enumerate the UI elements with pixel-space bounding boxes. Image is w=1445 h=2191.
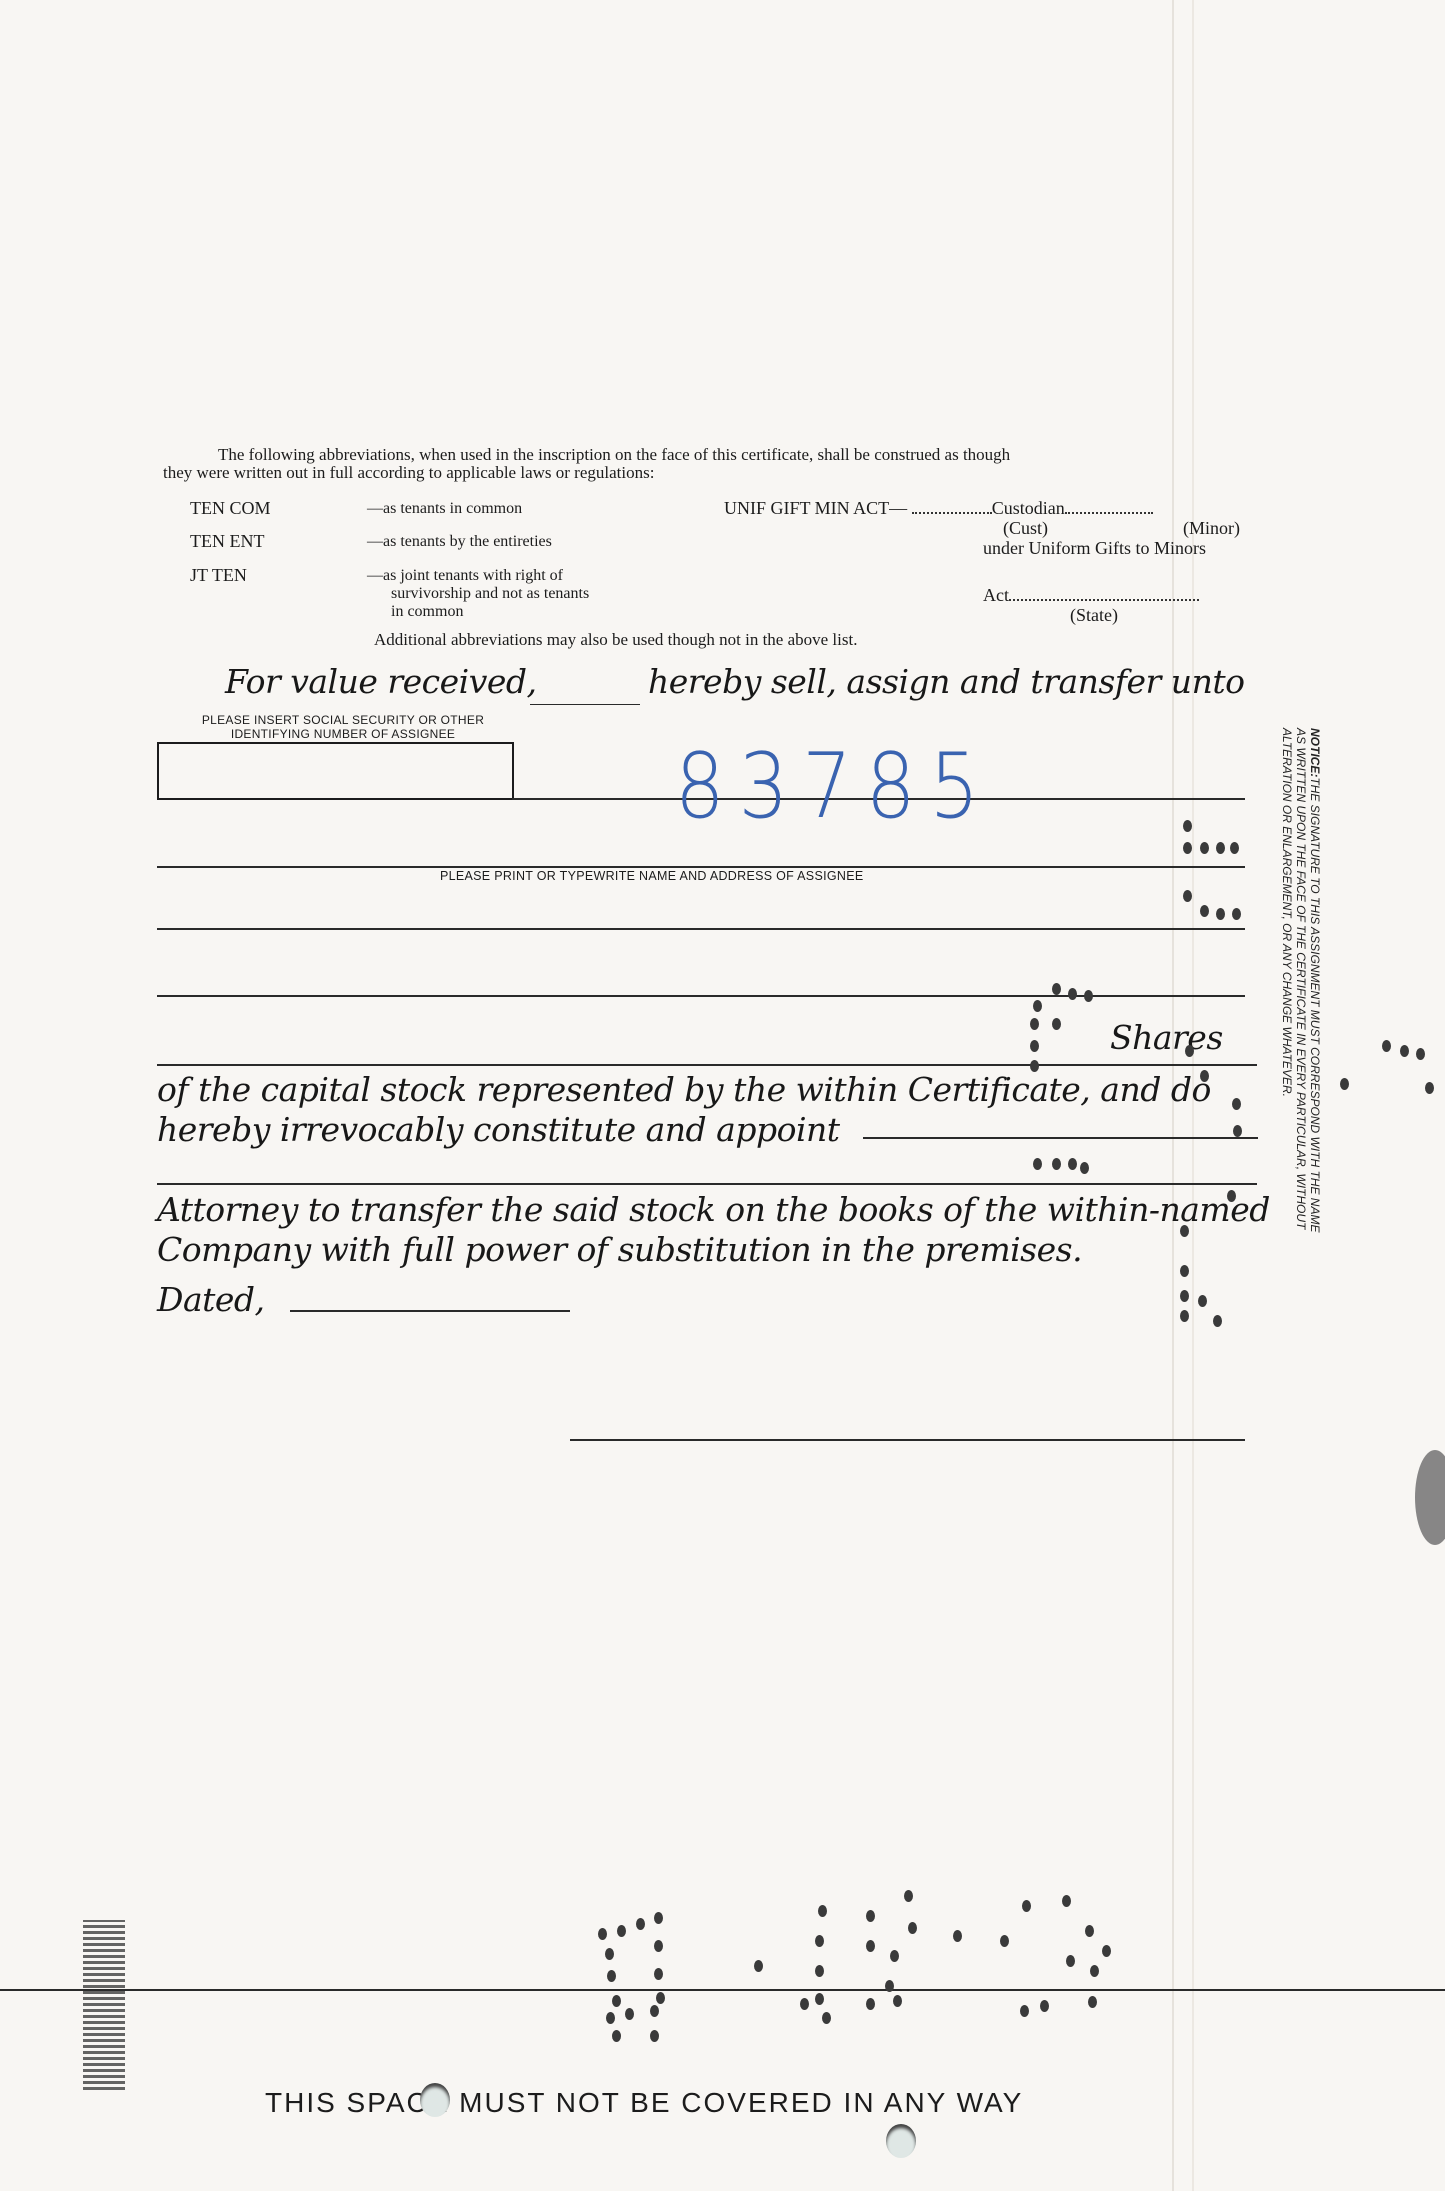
handwritten-assignee-number: 83785 [675, 735, 993, 839]
perforation-dot [1183, 842, 1192, 854]
cust-caption: (Cust) [1003, 518, 1048, 539]
perforation-dot [1052, 1158, 1061, 1170]
notice-line-1-text: THE SIGNATURE TO THIS ASSIGNMENT MUST CO… [1308, 777, 1322, 1232]
perforation-dot [904, 1890, 913, 1902]
signature-notice: NOTICE:THE SIGNATURE TO THIS ASSIGNMENT … [1280, 728, 1322, 1232]
perforation-dot [605, 1948, 614, 1960]
shares-word: Shares [1110, 1018, 1223, 1057]
perforation-dot [606, 2012, 615, 2024]
perforation-dot [1030, 1018, 1039, 1030]
ssn-input-box[interactable] [157, 742, 514, 800]
perforation-dot [1183, 820, 1192, 832]
signature-line[interactable] [570, 1439, 1245, 1441]
perforation-dot [1382, 1040, 1391, 1052]
perforation-dot [1200, 1070, 1209, 1082]
perforation-dot [1088, 1996, 1097, 2008]
perforation-dot [1232, 1098, 1241, 1110]
perforation-dot [1180, 1290, 1189, 1302]
perforation-dot [1090, 1965, 1099, 1977]
abbr-code-ten-com: TEN COM [190, 498, 271, 519]
perforation-dot [598, 1928, 607, 1940]
for-value-received: For value received, [225, 662, 537, 701]
assignee-line-2[interactable] [157, 866, 1245, 868]
intro-line-2: they were written out in full according … [163, 464, 1313, 482]
edge-stain [1415, 1450, 1445, 1545]
perforation-dot [1233, 1125, 1242, 1137]
ssn-label-line-1: PLEASE INSERT SOCIAL SECURITY OR OTHER [158, 713, 528, 727]
perforation-dot [1066, 1955, 1075, 1967]
perforation-dot [866, 1940, 875, 1952]
perforation-dot [625, 2008, 634, 2020]
abbr-code-ten-ent: TEN ENT [190, 531, 264, 552]
additional-abbreviations-note: Additional abbreviations may also be use… [374, 631, 857, 649]
perforation-dot [612, 2030, 621, 2042]
perforation-dot [1200, 842, 1209, 854]
perforation-dot [754, 1960, 763, 1972]
perforation-dot [654, 1912, 663, 1924]
intro-line-1: The following abbreviations, when used i… [163, 446, 1313, 464]
assignee-line-3[interactable] [157, 928, 1245, 930]
abbreviations-intro: The following abbreviations, when used i… [163, 446, 1313, 482]
unif-gift-label: UNIF GIFT MIN ACT— [724, 498, 907, 518]
perforation-dot [1052, 983, 1061, 995]
perforation-dot [1033, 1158, 1042, 1170]
abbr-meaning-jt-ten: —as joint tenants with right of survivor… [367, 567, 589, 621]
perforation-dot [617, 1925, 626, 1937]
perforation-dot [654, 1968, 663, 1980]
perforation-dot [818, 1905, 827, 1917]
custodian-label: Custodian [992, 498, 1065, 518]
attorney-line-2[interactable] [157, 1183, 1257, 1185]
perforation-dot [866, 1998, 875, 2010]
perforation-dot [953, 1930, 962, 1942]
perforation-dot [1052, 1018, 1061, 1030]
perforation-dot [650, 2030, 659, 2042]
perforation-dot [1040, 2000, 1049, 2012]
jt-ten-line-1: —as joint tenants with right of [367, 567, 589, 585]
act-line: Act [983, 585, 1199, 606]
perforation-dot [1033, 1000, 1042, 1012]
perforation-dot [1085, 1925, 1094, 1937]
notice-line-2: AS WRITTEN UPON THE FACE OF THE CERTIFIC… [1294, 728, 1308, 1232]
abbr-meaning-ten-com: —as tenants in common [367, 500, 522, 518]
perforation-dot [1084, 990, 1093, 1002]
jt-ten-line-2: survivorship and not as tenants [367, 585, 589, 603]
perforation-dot [866, 1910, 875, 1922]
perforation-dot [1227, 1190, 1236, 1202]
perforation-dot [1180, 1265, 1189, 1277]
perforation-dot [1416, 1048, 1425, 1060]
dated-label: Dated, [157, 1280, 265, 1319]
stock-certificate-back: The following abbreviations, when used i… [0, 0, 1445, 2191]
perforation-dot [815, 1965, 824, 1977]
attorney-name-line[interactable] [863, 1137, 1258, 1139]
perforation-dot [1425, 1082, 1434, 1094]
company-substitution-line: Company with full power of substitution … [157, 1230, 1082, 1269]
capital-stock-line: of the capital stock represented by the … [157, 1070, 1211, 1109]
act-label: Act [983, 585, 1009, 605]
irrevocably-appoint-line: hereby irrevocably constitute and appoin… [157, 1110, 840, 1149]
edge-stamp-mark [83, 1920, 125, 2090]
perforation-dot [800, 1998, 809, 2010]
punch-hole [420, 2083, 450, 2117]
do-not-cover-notice: THIS SPACE MUST NOT BE COVERED IN ANY WA… [265, 2087, 1023, 2119]
under-uniform-gifts: under Uniform Gifts to Minors [983, 538, 1206, 559]
shares-count-line[interactable] [157, 1064, 1257, 1066]
perforation-dot [1062, 1895, 1071, 1907]
abbr-code-jt-ten: JT TEN [190, 565, 247, 586]
perforation-dot [1216, 842, 1225, 854]
minor-caption: (Minor) [1183, 518, 1240, 539]
perforation-dot [636, 1918, 645, 1930]
notice-line-1: NOTICE:THE SIGNATURE TO THIS ASSIGNMENT … [1308, 728, 1322, 1232]
perforation-dot [1232, 908, 1241, 920]
ssn-label: PLEASE INSERT SOCIAL SECURITY OR OTHER I… [158, 713, 528, 741]
perforation-dot [1020, 2005, 1029, 2017]
perforation-dot [1185, 1045, 1194, 1057]
minor-blank[interactable] [1065, 512, 1153, 514]
ssn-label-line-2: IDENTIFYING NUMBER OF ASSIGNEE [158, 727, 528, 741]
punch-hole [886, 2124, 916, 2158]
attorney-transfer-line: Attorney to transfer the said stock on t… [157, 1190, 1270, 1229]
perforation-dot [1022, 1900, 1031, 1912]
perforation-dot [1200, 905, 1209, 917]
bottom-rule [0, 1989, 1445, 1991]
perforation-dot [890, 1950, 899, 1962]
perforation-dot [1180, 1225, 1189, 1237]
hereby-sell-assign-transfer: hereby sell, assign and transfer unto [648, 662, 1244, 701]
date-line[interactable] [290, 1310, 570, 1312]
perforation-dot [607, 1970, 616, 1982]
perforation-dot [1340, 1078, 1349, 1090]
perforation-dot [1183, 890, 1192, 902]
perforation-dot [815, 1993, 824, 2005]
perforation-dot [885, 1980, 894, 1992]
cust-blank[interactable] [912, 512, 992, 514]
print-name-label: PLEASE PRINT OR TYPEWRITE NAME AND ADDRE… [440, 869, 863, 883]
abbr-meaning-ten-ent: —as tenants by the entireties [367, 533, 552, 551]
assignee-line-4[interactable] [157, 995, 1245, 997]
notice-line-3: ALTERATION OR ENLARGEMENT, OR ANY CHANGE… [1280, 728, 1294, 1232]
perforation-dot [650, 2005, 659, 2017]
state-blank[interactable] [1009, 599, 1199, 601]
perforation-dot [822, 2012, 831, 2024]
perforation-dot [1180, 1310, 1189, 1322]
perforation-dot [656, 1992, 665, 2004]
perforation-dot [612, 1995, 621, 2007]
perforation-dot [1030, 1040, 1039, 1052]
perforation-dot [1080, 1162, 1089, 1174]
perforation-dot [1000, 1935, 1009, 1947]
perforation-dot [1102, 1945, 1111, 1957]
state-caption: (State) [1070, 605, 1118, 626]
assignor-blank-line[interactable] [530, 704, 640, 705]
perforation-dot [1216, 908, 1225, 920]
perforation-dot [1400, 1045, 1409, 1057]
perforation-dot [1030, 1060, 1039, 1072]
perforation-dot [815, 1935, 824, 1947]
jt-ten-line-3: in common [367, 603, 589, 621]
perforation-dot [1213, 1315, 1222, 1327]
perforation-dot [1198, 1295, 1207, 1307]
perforation-dot [1068, 988, 1077, 1000]
perforation-dot [908, 1922, 917, 1934]
perforation-dot [654, 1940, 663, 1952]
perforation-dot [893, 1995, 902, 2007]
unif-gift-block: UNIF GIFT MIN ACT— Custodian [724, 498, 1153, 519]
perforation-dot [1068, 1158, 1077, 1170]
notice-bold-prefix: NOTICE: [1308, 728, 1322, 777]
perforation-dot [1230, 842, 1239, 854]
